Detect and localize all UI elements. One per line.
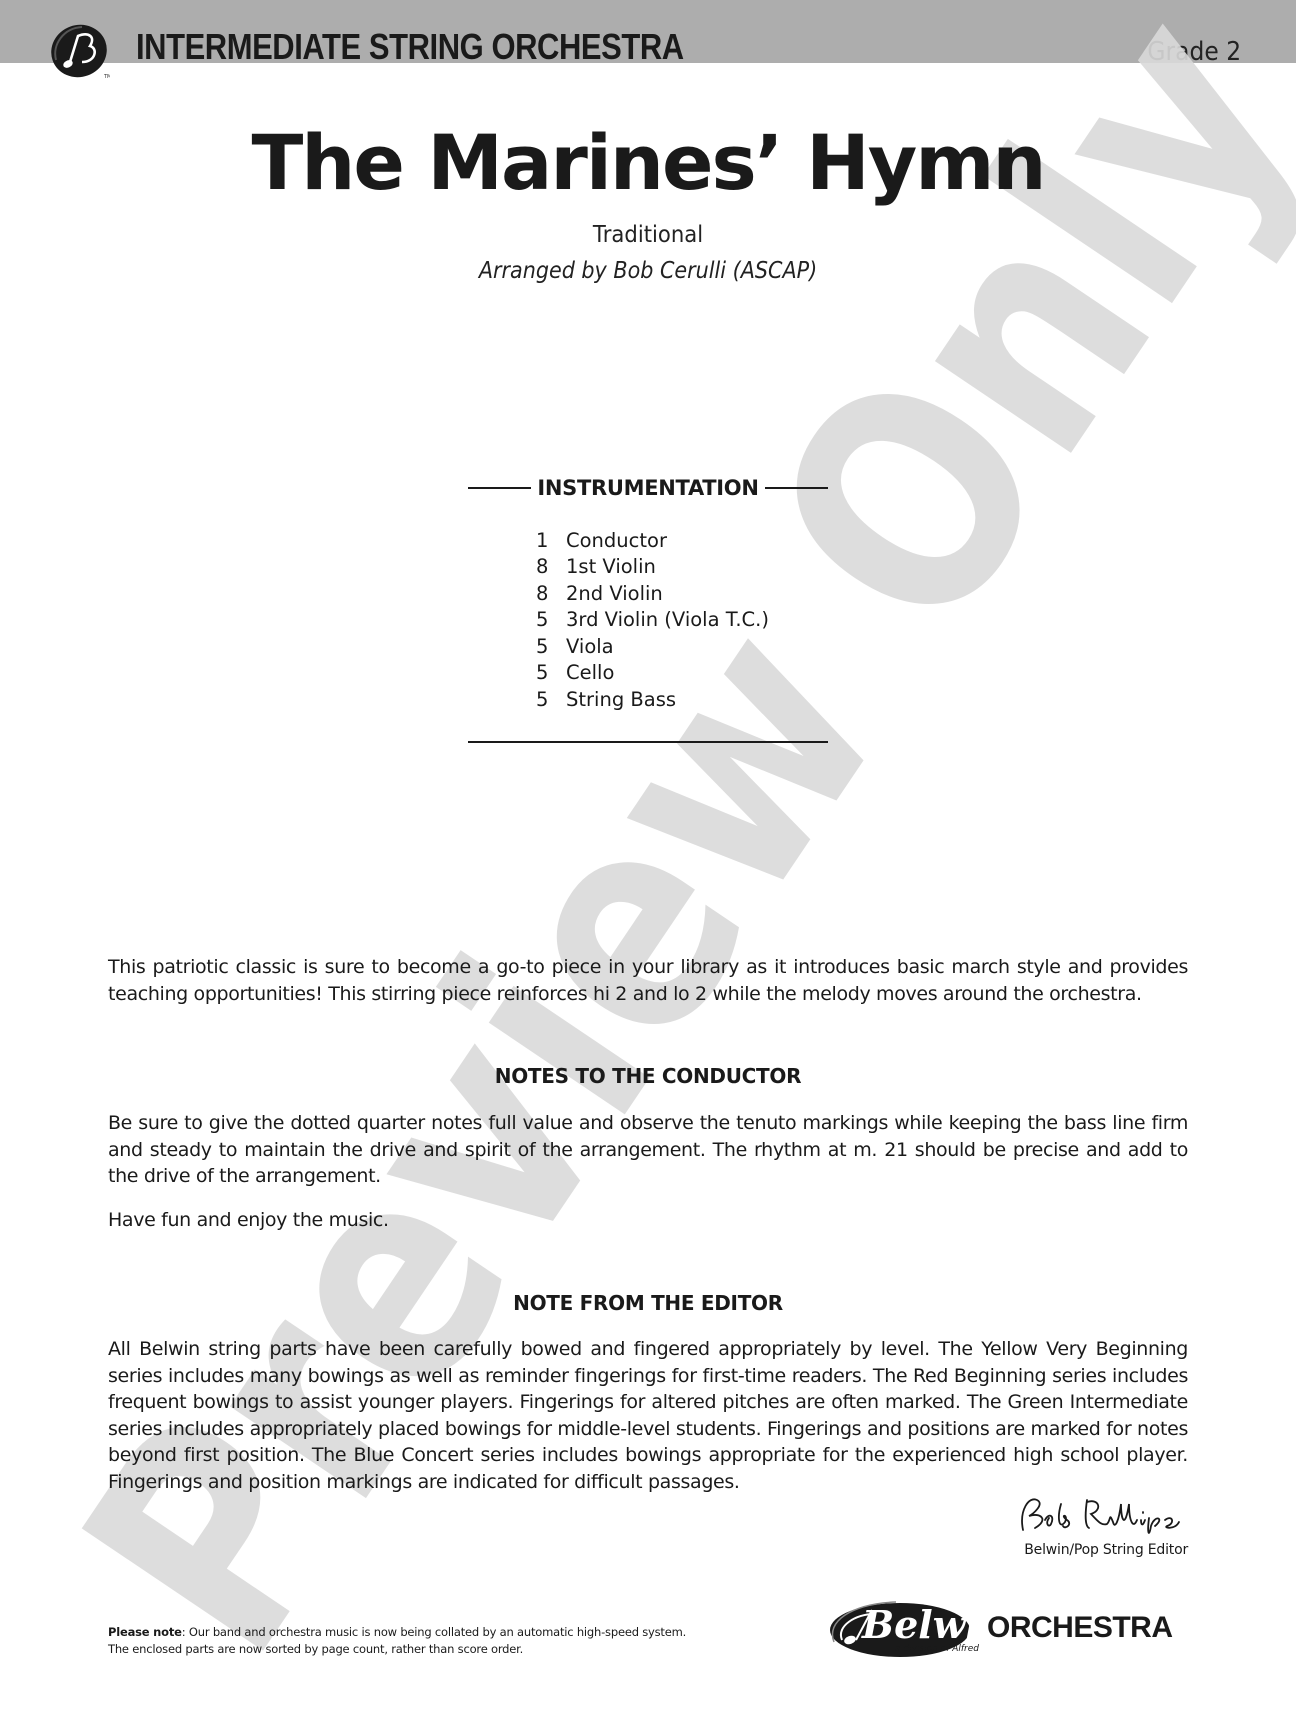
part-name: 1st Violin <box>566 555 656 578</box>
part-name: Conductor <box>566 529 667 552</box>
editor-note-paragraph: All Belwin string parts have been carefu… <box>108 1336 1188 1495</box>
instrumentation-bottom-rule <box>468 741 828 743</box>
part-quantity: 8 <box>536 555 566 578</box>
footer-note-label: Please note <box>108 1625 182 1639</box>
brand-subtitle: a division of Alfred <box>895 1644 979 1654</box>
instrumentation-list: 1Conductor81st Violin82nd Violin53rd Vio… <box>536 527 769 713</box>
part-name: Viola <box>566 635 614 658</box>
instrumentation-item: 5Viola <box>536 633 769 660</box>
part-name: 3rd Violin (Viola T.C.) <box>566 608 769 631</box>
part-quantity: 5 <box>536 688 566 711</box>
part-name: 2nd Violin <box>566 582 663 605</box>
description-paragraph: This patriotic classic is sure to become… <box>108 954 1188 1007</box>
instrumentation-item: 82nd Violin <box>536 580 769 607</box>
heading-rule-right <box>765 487 828 489</box>
instrumentation-item: 81st Violin <box>536 554 769 581</box>
instrumentation-item: 1Conductor <box>536 527 769 554</box>
part-name: Cello <box>566 661 614 684</box>
footer-note-line2: The enclosed parts are now sorted by pag… <box>108 1641 686 1658</box>
heading-rule-left <box>468 487 531 489</box>
part-quantity: 1 <box>536 529 566 552</box>
part-quantity: 5 <box>536 635 566 658</box>
part-name: String Bass <box>566 688 676 711</box>
brand-suffix: ORCHESTRA <box>987 1611 1173 1645</box>
editor-signature <box>1015 1490 1190 1540</box>
instrumentation-item: 5String Bass <box>536 686 769 713</box>
piece-title: The Marines’ Hymn <box>0 118 1296 207</box>
brand-name: Belwin <box>862 1602 1008 1647</box>
conductor-notes-closing: Have fun and enjoy the music. <box>108 1207 1188 1234</box>
part-quantity: 5 <box>536 661 566 684</box>
instrumentation-title: INSTRUMENTATION <box>537 476 758 500</box>
arranger: Arranged by Bob Cerulli (ASCAP) <box>65 258 1231 284</box>
instrumentation-heading: INSTRUMENTATION <box>468 476 828 500</box>
instrumentation-item: 53rd Violin (Viola T.C.) <box>536 607 769 634</box>
conductor-notes-paragraph: Be sure to give the dotted quarter notes… <box>108 1110 1188 1190</box>
part-quantity: 5 <box>536 608 566 631</box>
signature-caption: Belwin/Pop String Editor <box>1024 1542 1188 1558</box>
editor-note-heading: NOTE FROM THE EDITOR <box>0 1291 1296 1315</box>
conductor-notes-heading: NOTES TO THE CONDUCTOR <box>0 1064 1296 1088</box>
footer-note-line1: : Our band and orchestra music is now be… <box>182 1625 686 1639</box>
composer: Traditional <box>52 222 1244 248</box>
part-quantity: 8 <box>536 582 566 605</box>
footer-note: Please note: Our band and orchestra musi… <box>108 1624 686 1658</box>
instrumentation-item: 5Cello <box>536 660 769 687</box>
